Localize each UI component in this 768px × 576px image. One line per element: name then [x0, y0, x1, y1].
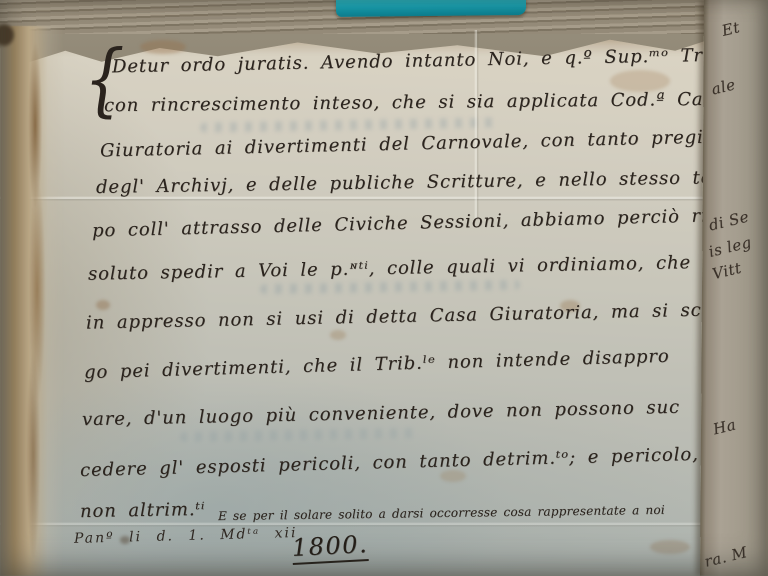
teal-ribbon [336, 0, 526, 17]
paper-stain [96, 300, 110, 310]
adjacent-page-fragment: is leg [707, 233, 754, 261]
paper-stain [330, 330, 346, 340]
manuscript-year-1800: 1800. [291, 530, 369, 565]
adjacent-page-fragment: Vitt [710, 259, 743, 283]
paper-stain [650, 540, 690, 554]
manuscript-line: non altrim.ᵗⁱ [80, 499, 206, 522]
adjacent-page-fragment: Ha [711, 415, 738, 438]
corner-ink-mark [0, 22, 16, 48]
paper-stain [140, 40, 186, 54]
adjacent-page-fragment: ra. M [703, 543, 750, 571]
adjacent-page-fragment: di Se [707, 207, 751, 234]
adjacent-page-fragment: ale [710, 75, 738, 98]
horizontal-fold-crease [0, 522, 726, 527]
manuscript-photo: { Detur ordo juratis. Avendo intanto Noi… [0, 0, 768, 576]
worn-left-edge [0, 26, 64, 576]
adjacent-page-edge: Et ale di Se is leg Vitt Ha ra. M [700, 0, 768, 576]
paper-stain [440, 470, 466, 482]
adjacent-page-fragment: Et [720, 18, 742, 40]
